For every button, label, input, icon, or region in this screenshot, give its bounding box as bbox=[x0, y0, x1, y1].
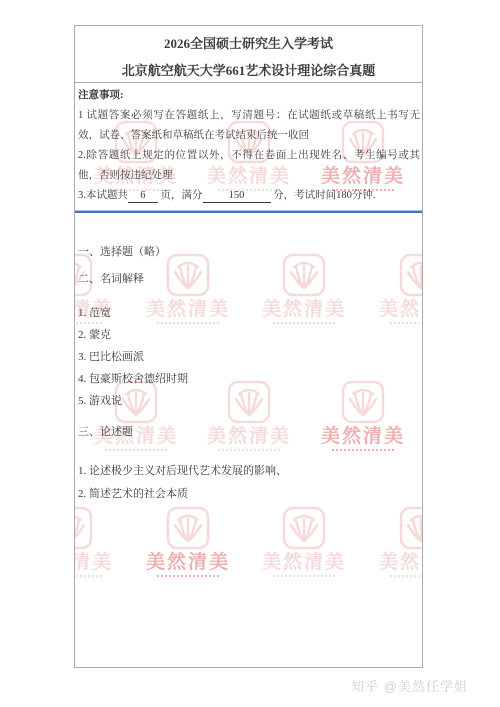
watermark-dots bbox=[390, 575, 423, 577]
brand-logo-icon bbox=[282, 253, 326, 297]
section-heading-choice: 一、选择题（略） bbox=[78, 243, 166, 259]
watermark-dots bbox=[218, 449, 280, 451]
notice-item-2: 2.除答题纸上规定的位置以外，不得在卷面上出现姓名、考生编号或其他，否则按违纪处… bbox=[78, 146, 420, 186]
watermark-brand-text: 美然清美 bbox=[143, 553, 233, 573]
watermark-brand-text: 美然清美 bbox=[259, 300, 349, 320]
notice-item3-mid: 页，满分 bbox=[161, 190, 203, 201]
brand-logo-icon bbox=[74, 506, 93, 550]
notice-item-3: 3.本试题共6 页，满分150 分，考试时间180分钟. bbox=[78, 186, 420, 206]
essay-item: 2. 简述艺术的社会本质 bbox=[78, 485, 188, 501]
term-item: 4. 包豪斯校舍德绍时期 bbox=[78, 370, 188, 386]
watermark-brand-text: 美然清美 bbox=[74, 553, 116, 573]
score-value: 150 bbox=[229, 190, 245, 201]
watermark-tile: 美然清美 bbox=[143, 506, 233, 577]
watermark-tile: 美然清美 bbox=[91, 380, 181, 451]
watermark-brand-text: 美然清美 bbox=[376, 553, 423, 573]
brand-logo-icon bbox=[399, 506, 423, 550]
notice-item3-suffix: 分，考试时间180分钟. bbox=[273, 190, 375, 201]
watermark-brand-text: 美然清美 bbox=[318, 427, 408, 447]
watermark-brand-text: 美然清美 bbox=[259, 553, 349, 573]
term-item: 5. 游戏说 bbox=[78, 392, 122, 408]
watermark-tile: 美然清美 bbox=[259, 253, 349, 324]
notice-section: 注意事项: 1 试题答案必须写在答题纸上，写清题号：在试题纸或草稿纸上书写无效，… bbox=[78, 86, 420, 206]
notice-heading: 注意事项: bbox=[78, 86, 420, 106]
watermark-tile: 美然清美 bbox=[376, 253, 423, 324]
watermark-brand-text: 美然清美 bbox=[204, 427, 294, 447]
watermark-brand-text: 美然清美 bbox=[143, 300, 233, 320]
score-blank: 150 bbox=[203, 189, 271, 203]
notice-item3-prefix: 3.本试题共 bbox=[78, 190, 128, 201]
section-heading-essay: 三、论述题 bbox=[78, 423, 133, 439]
watermark-dots bbox=[157, 575, 219, 577]
essay-item: 1. 论述极少主义对后现代艺术发展的影响、 bbox=[78, 462, 287, 478]
watermark-dots bbox=[273, 575, 335, 577]
watermark-dots bbox=[273, 322, 335, 324]
term-item: 2. 蒙克 bbox=[78, 326, 111, 342]
watermark-brand-text: 美然清美 bbox=[376, 300, 423, 320]
page-subtitle: 北京航空航天大学661艺术设计理论综合真题 bbox=[75, 60, 422, 79]
brand-logo-icon bbox=[166, 506, 210, 550]
watermark-tile: 美然清美 bbox=[376, 506, 423, 577]
section-divider-line bbox=[75, 210, 422, 213]
brand-logo-icon bbox=[399, 253, 423, 297]
title-block: 2026全国硕士研究生入学考试 北京航空航天大学661艺术设计理论综合真题 bbox=[75, 26, 422, 83]
section-heading-terms: 二、名词解释 bbox=[78, 270, 144, 286]
pages-value: 6 bbox=[140, 190, 145, 201]
watermark-tile: 美然清美 bbox=[143, 253, 233, 324]
zhihu-credit: 知乎 @美然任学姐 bbox=[351, 676, 468, 695]
watermark-dots bbox=[105, 449, 167, 451]
watermark-tile: 美然清美 bbox=[318, 380, 408, 451]
watermark-dots bbox=[74, 322, 102, 324]
brand-logo-icon bbox=[282, 506, 326, 550]
watermark-dots bbox=[74, 575, 102, 577]
term-item: 1. 范宽 bbox=[78, 304, 111, 320]
term-item: 3. 巴比松画派 bbox=[78, 348, 144, 364]
notice-item-1: 1 试题答案必须写在答题纸上，写清题号：在试题纸或草稿纸上书写无效，试卷、答案纸… bbox=[78, 106, 420, 146]
page-title: 2026全国硕士研究生入学考试 bbox=[75, 33, 422, 52]
brand-logo-icon bbox=[341, 380, 385, 424]
watermark-tile: 美然清美 bbox=[204, 380, 294, 451]
watermark-dots bbox=[390, 322, 423, 324]
watermark-dots bbox=[157, 322, 219, 324]
watermark-tile: 美然清美 bbox=[259, 506, 349, 577]
screenshot-root: { "document": { "title_line1": "2026全国硕士… bbox=[0, 0, 500, 707]
pages-blank: 6 bbox=[128, 189, 158, 203]
exam-paper-page: 美然清美美然清美美然清美美然清美美然清美美然清美美然清美美然清美美然清美美然清美… bbox=[74, 25, 423, 668]
brand-logo-icon bbox=[227, 380, 271, 424]
watermark-dots bbox=[332, 449, 394, 451]
brand-logo-icon bbox=[166, 253, 210, 297]
watermark-tile: 美然清美 bbox=[74, 506, 116, 577]
